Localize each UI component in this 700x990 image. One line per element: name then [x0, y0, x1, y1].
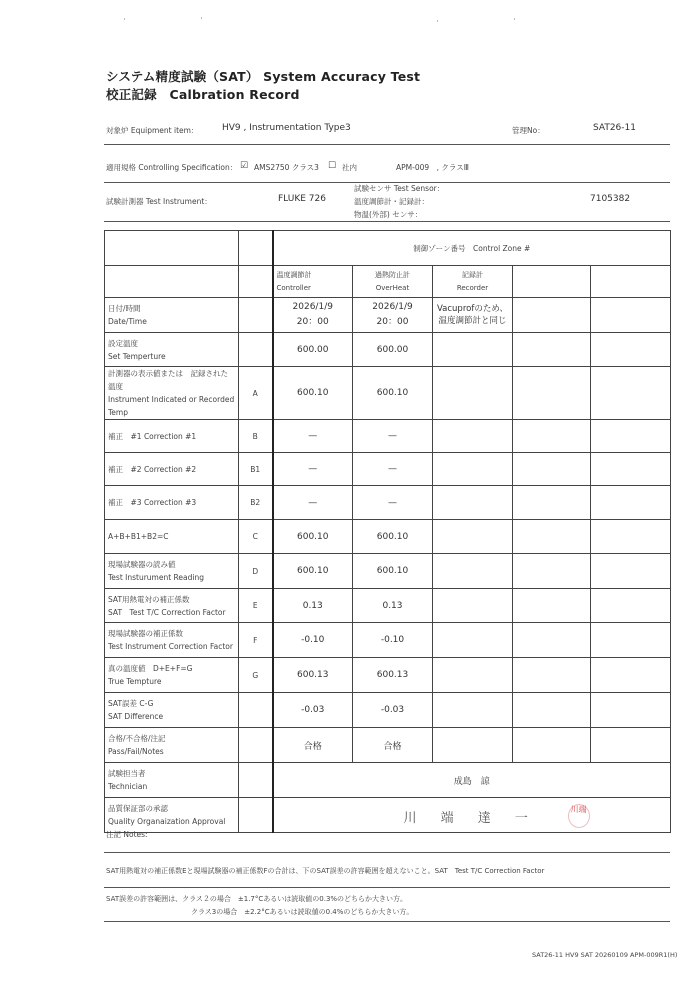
- column-header-en: Recorder: [436, 282, 509, 295]
- technician-row: 試験担当者Technician成島 諒: [105, 763, 671, 798]
- row-letter: [239, 728, 273, 763]
- value-cell: 600.10: [273, 554, 353, 589]
- blank-cell: [239, 763, 273, 798]
- value-cell: [591, 420, 671, 453]
- approval-stamp: 川端: [568, 804, 590, 828]
- value-cell: 600.13: [353, 658, 433, 693]
- instrument-value: FLUKE 726: [278, 194, 326, 204]
- row-label-jp: 設定温度: [108, 337, 235, 350]
- value-cell: Vacuprofのため、温度調節計と同じ: [433, 298, 513, 333]
- notes-line-3: クラス3の場合 ±2.2°Cあるいは読取値の0.4%のどちらか大きい方。: [191, 907, 413, 917]
- value-cell: [513, 520, 591, 554]
- technician-name: 成島 諒: [273, 763, 671, 798]
- value-cell: —: [353, 453, 433, 486]
- row-label: SAT誤差 C-GSAT Difference: [105, 693, 239, 728]
- value-line: 20：00: [277, 315, 350, 330]
- row-label: 補正 #3 Correction #3: [105, 486, 239, 520]
- row-label-en: Test Insturument Reading: [108, 571, 235, 584]
- column-header-controller: 温度調節計 Controller: [273, 266, 353, 298]
- value-cell: [513, 589, 591, 623]
- value-cell: [433, 333, 513, 367]
- value-cell: [591, 728, 671, 763]
- value-cell: 600.10: [273, 520, 353, 554]
- row-label-en: Pass/Fail/Notes: [108, 745, 235, 758]
- control-no-label: 管理No：: [512, 125, 545, 136]
- row-label-jp: 合格/不合格/注記: [108, 732, 235, 745]
- row-label: 合格/不合格/注記Pass/Fail/Notes: [105, 728, 239, 763]
- row-label-en: True Tempture: [108, 675, 235, 688]
- row-label: 真の温度値 D+E+F=GTrue Tempture: [105, 658, 239, 693]
- blank-cell: [105, 231, 239, 266]
- row-label-en: Date/Time: [108, 315, 235, 328]
- zone-header-row: 制御ゾーン番号 Control Zone #: [105, 231, 671, 266]
- row-letter: D: [239, 554, 273, 589]
- row-label: 補正 #2 Correction #2: [105, 453, 239, 486]
- column-header-en: OverHeat: [356, 282, 429, 295]
- row-label: 日付/時間Date/Time: [105, 298, 239, 333]
- row-label: 計測器の表示値または 記録された温度Instrument Indicated o…: [105, 367, 239, 420]
- spec-option-internal: 社内: [342, 162, 357, 173]
- recorder-note: Vacuprofのため、温度調節計と同じ: [436, 303, 509, 327]
- row-label-jp: 計測器の表示値または 記録された温度: [108, 367, 235, 393]
- value-cell: [513, 693, 591, 728]
- row-label-jp: SAT誤差 C-G: [108, 697, 235, 710]
- value-cell: [433, 589, 513, 623]
- value-cell: -0.03: [353, 693, 433, 728]
- value-cell: [513, 554, 591, 589]
- row-label-jp: 品質保証部の承認: [108, 802, 235, 815]
- value-cell: [513, 486, 591, 520]
- divider: [104, 144, 670, 145]
- row-letter: B1: [239, 453, 273, 486]
- row-label: SAT用熱電対の補正係数SAT Test T/C Correction Fact…: [105, 589, 239, 623]
- value-cell: [591, 658, 671, 693]
- table-row: 設定温度Set Temperture600.00600.00: [105, 333, 671, 367]
- value-cell: 0.13: [353, 589, 433, 623]
- value-cell: 600.00: [273, 333, 353, 367]
- notes-line-1: SAT用熱電対の補正係数Eと現場試験器の補正係数Fの合計は、下のSAT誤差の許容…: [106, 866, 544, 876]
- value-cell: -0.03: [273, 693, 353, 728]
- row-letter: B2: [239, 486, 273, 520]
- value-cell: 合格: [273, 728, 353, 763]
- row-label: 設定温度Set Temperture: [105, 333, 239, 367]
- sensor-label-test: 試験センサ Test Sensor：: [354, 183, 444, 194]
- value-cell: 600.13: [273, 658, 353, 693]
- value-cell: 600.10: [353, 367, 433, 420]
- value-cell: [433, 520, 513, 554]
- value-cell: 0.13: [273, 589, 353, 623]
- row-label-en: SAT Test T/C Correction Factor: [108, 606, 235, 619]
- column-header-en: Controller: [277, 282, 350, 295]
- value-cell: [513, 298, 591, 333]
- value-cell: [433, 693, 513, 728]
- value-line: 2026/1/9: [277, 300, 350, 315]
- sensor-label-controller: 温度調節計・記録計：: [354, 196, 429, 207]
- table-row: 現場試験器の読み値Test Insturument ReadingD600.10…: [105, 554, 671, 589]
- value-cell: [433, 658, 513, 693]
- value-cell: [433, 420, 513, 453]
- value-cell: [433, 623, 513, 658]
- value-cell: [513, 367, 591, 420]
- row-letter: G: [239, 658, 273, 693]
- value-cell: [591, 298, 671, 333]
- value-cell: —: [273, 420, 353, 453]
- column-header-overheat: 過熱防止計 OverHeat: [353, 266, 433, 298]
- value-cell: 600.00: [353, 333, 433, 367]
- row-label: 現場試験器の補正係数Test Instrument Correction Fac…: [105, 623, 239, 658]
- value-cell: [433, 453, 513, 486]
- value-cell: [591, 693, 671, 728]
- value-cell: -0.10: [353, 623, 433, 658]
- notes-line-2: SAT誤差の許容範囲は、クラス２の場合 ±1.7°Cあるいは読取値の0.3%のど…: [106, 894, 407, 904]
- row-label-en: Technician: [108, 780, 235, 793]
- value-cell: [513, 420, 591, 453]
- row-label-en: SAT Difference: [108, 710, 235, 723]
- row-letter: A: [239, 367, 273, 420]
- row-label-jp: 補正 #1 Correction #1: [108, 430, 235, 443]
- value-cell: 600.10: [353, 520, 433, 554]
- row-letter: [239, 298, 273, 333]
- value-cell: 600.10: [353, 554, 433, 589]
- checkbox-unchecked-icon[interactable]: ☐: [328, 161, 336, 171]
- equipment-value: HV9 , Instrumentation Type3: [222, 123, 351, 133]
- row-label-jp: 日付/時間: [108, 302, 235, 315]
- row-label: 品質保証部の承認Quality Organaization Approval: [105, 798, 239, 833]
- row-label-jp: 現場試験器の読み値: [108, 558, 235, 571]
- row-letter: F: [239, 623, 273, 658]
- control-zone-header: 制御ゾーン番号 Control Zone #: [273, 231, 671, 266]
- approval-signature: 川 端 達 一: [404, 807, 538, 826]
- table-row: 現場試験器の補正係数Test Instrument Correction Fac…: [105, 623, 671, 658]
- divider: [104, 887, 670, 888]
- table-row: 補正 #3 Correction #3B2——: [105, 486, 671, 520]
- spec-option-ams2750: AMS2750 クラス3: [254, 162, 319, 173]
- value-cell: [591, 333, 671, 367]
- table-row: 合格/不合格/注記Pass/Fail/Notes合格合格: [105, 728, 671, 763]
- column-header-jp: 過熱防止計: [356, 269, 429, 282]
- value-cell: -0.10: [273, 623, 353, 658]
- checkbox-checked-icon[interactable]: ☑: [240, 161, 248, 171]
- column-header-empty: [513, 266, 591, 298]
- value-cell: —: [353, 486, 433, 520]
- spec-label: 適用規格 Controlling Specification：: [106, 162, 237, 173]
- row-label-jp: 現場試験器の補正係数: [108, 627, 235, 640]
- table-row: 補正 #2 Correction #2B1——: [105, 453, 671, 486]
- value-cell: —: [273, 486, 353, 520]
- row-label-jp: 補正 #3 Correction #3: [108, 496, 235, 509]
- value-cell: [591, 554, 671, 589]
- value-line: 2026/1/9: [356, 300, 429, 315]
- value-cell: [433, 728, 513, 763]
- row-letter: [239, 333, 273, 367]
- row-label-jp: 補正 #2 Correction #2: [108, 463, 235, 476]
- instrument-label: 試験計測器 Test Instrument：: [106, 196, 212, 207]
- value-cell: [513, 623, 591, 658]
- table-row: 計測器の表示値または 記録された温度Instrument Indicated o…: [105, 367, 671, 420]
- document-subtitle: 校正記録 Calbration Record: [106, 85, 300, 103]
- scan-speck: [514, 18, 515, 20]
- value-cell: [513, 658, 591, 693]
- value-cell: [591, 453, 671, 486]
- table-row: SAT用熱電対の補正係数SAT Test T/C Correction Fact…: [105, 589, 671, 623]
- row-letter: [239, 693, 273, 728]
- row-label: A+B+B1+B2=C: [105, 520, 239, 554]
- row-letter: B: [239, 420, 273, 453]
- document-id: SAT26-11 HV9 SAT 20260109 APM-009R1(H): [532, 951, 677, 959]
- value-cell: [433, 486, 513, 520]
- value-cell: [513, 728, 591, 763]
- value-cell: [591, 589, 671, 623]
- value-line: 20：00: [356, 315, 429, 330]
- row-label-en: Set Temperture: [108, 350, 235, 363]
- value-cell: [513, 453, 591, 486]
- blank-cell: [105, 266, 239, 298]
- divider: [104, 921, 670, 922]
- row-letter: E: [239, 589, 273, 623]
- value-cell: 2026/1/920：00: [273, 298, 353, 333]
- table-row: SAT誤差 C-GSAT Difference-0.03-0.03: [105, 693, 671, 728]
- column-header-jp: 温度調節計: [277, 269, 350, 282]
- column-header-empty: [591, 266, 671, 298]
- spec-option-internal-value: APM-009 , クラスⅢ: [396, 162, 469, 173]
- value-cell: [513, 333, 591, 367]
- column-header-recorder: 記録計 Recorder: [433, 266, 513, 298]
- row-label-jp: 試験担当者: [108, 767, 235, 780]
- scan-speck: [124, 18, 125, 20]
- sensor-label-external: 物温(外部) センサ：: [354, 209, 422, 220]
- value-cell: [591, 623, 671, 658]
- scan-speck: [201, 17, 202, 19]
- row-label: 補正 #1 Correction #1: [105, 420, 239, 453]
- divider: [104, 852, 670, 853]
- calibration-table: 制御ゾーン番号 Control Zone # 温度調節計 Controller …: [104, 230, 671, 833]
- value-cell: [591, 486, 671, 520]
- table-row: 真の温度値 D+E+F=GTrue TemptureG600.13600.13: [105, 658, 671, 693]
- column-header-jp: 記録計: [436, 269, 509, 282]
- sensor-value: 7105382: [590, 194, 630, 204]
- blank-cell: [239, 798, 273, 833]
- row-label-jp: A+B+B1+B2=C: [108, 530, 235, 543]
- notes-label: 注記 Notes:: [106, 829, 148, 840]
- value-cell: 合格: [353, 728, 433, 763]
- value-cell: [591, 367, 671, 420]
- approval-cell: 川 端 達 一川端: [273, 798, 671, 833]
- table-row: 日付/時間Date/Time2026/1/920：002026/1/920：00…: [105, 298, 671, 333]
- blank-cell: [239, 231, 273, 266]
- row-label-en: Instrument Indicated or Recorded Temp: [108, 393, 235, 419]
- row-label: 現場試験器の読み値Test Insturument Reading: [105, 554, 239, 589]
- control-no-value: SAT26-11: [593, 123, 636, 133]
- table-row: 補正 #1 Correction #1B——: [105, 420, 671, 453]
- value-cell: 600.10: [273, 367, 353, 420]
- row-label-en: Test Instrument Correction Factor: [108, 640, 235, 653]
- value-cell: [433, 367, 513, 420]
- column-header-row: 温度調節計 Controller 過熱防止計 OverHeat 記録計 Reco…: [105, 266, 671, 298]
- row-letter: C: [239, 520, 273, 554]
- blank-cell: [239, 266, 273, 298]
- scan-speck: [437, 20, 438, 22]
- table-row: A+B+B1+B2=CC600.10600.10: [105, 520, 671, 554]
- row-label: 試験担当者Technician: [105, 763, 239, 798]
- value-cell: [433, 554, 513, 589]
- row-label-jp: SAT用熱電対の補正係数: [108, 593, 235, 606]
- row-label-jp: 真の温度値 D+E+F=G: [108, 662, 235, 675]
- row-label-en: Quality Organaization Approval: [108, 815, 235, 828]
- equipment-label: 対象炉 Equipment item：: [106, 125, 198, 136]
- value-cell: —: [353, 420, 433, 453]
- document-title: システム精度試験（SAT） System Accuracy Test: [106, 67, 420, 85]
- value-cell: —: [273, 453, 353, 486]
- value-cell: 2026/1/920：00: [353, 298, 433, 333]
- value-cell: [591, 520, 671, 554]
- divider: [104, 221, 670, 222]
- approval-row: 品質保証部の承認Quality Organaization Approval川 …: [105, 798, 671, 833]
